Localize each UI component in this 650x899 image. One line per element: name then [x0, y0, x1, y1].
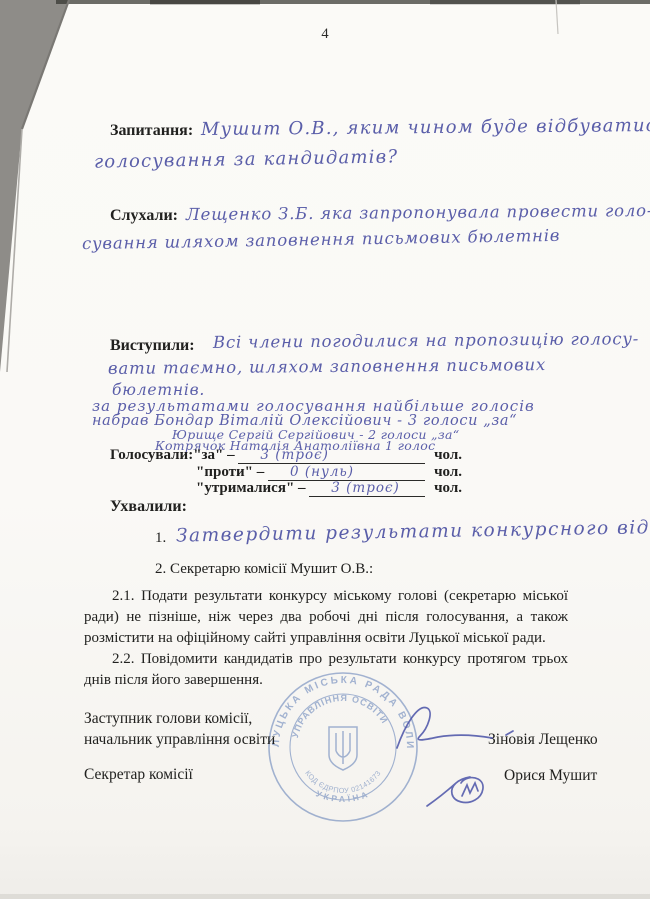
- paper-sheet: [0, 0, 650, 899]
- scanned-document-page: 4 Запитання: Мушит О.В., яким чином буде…: [0, 0, 650, 899]
